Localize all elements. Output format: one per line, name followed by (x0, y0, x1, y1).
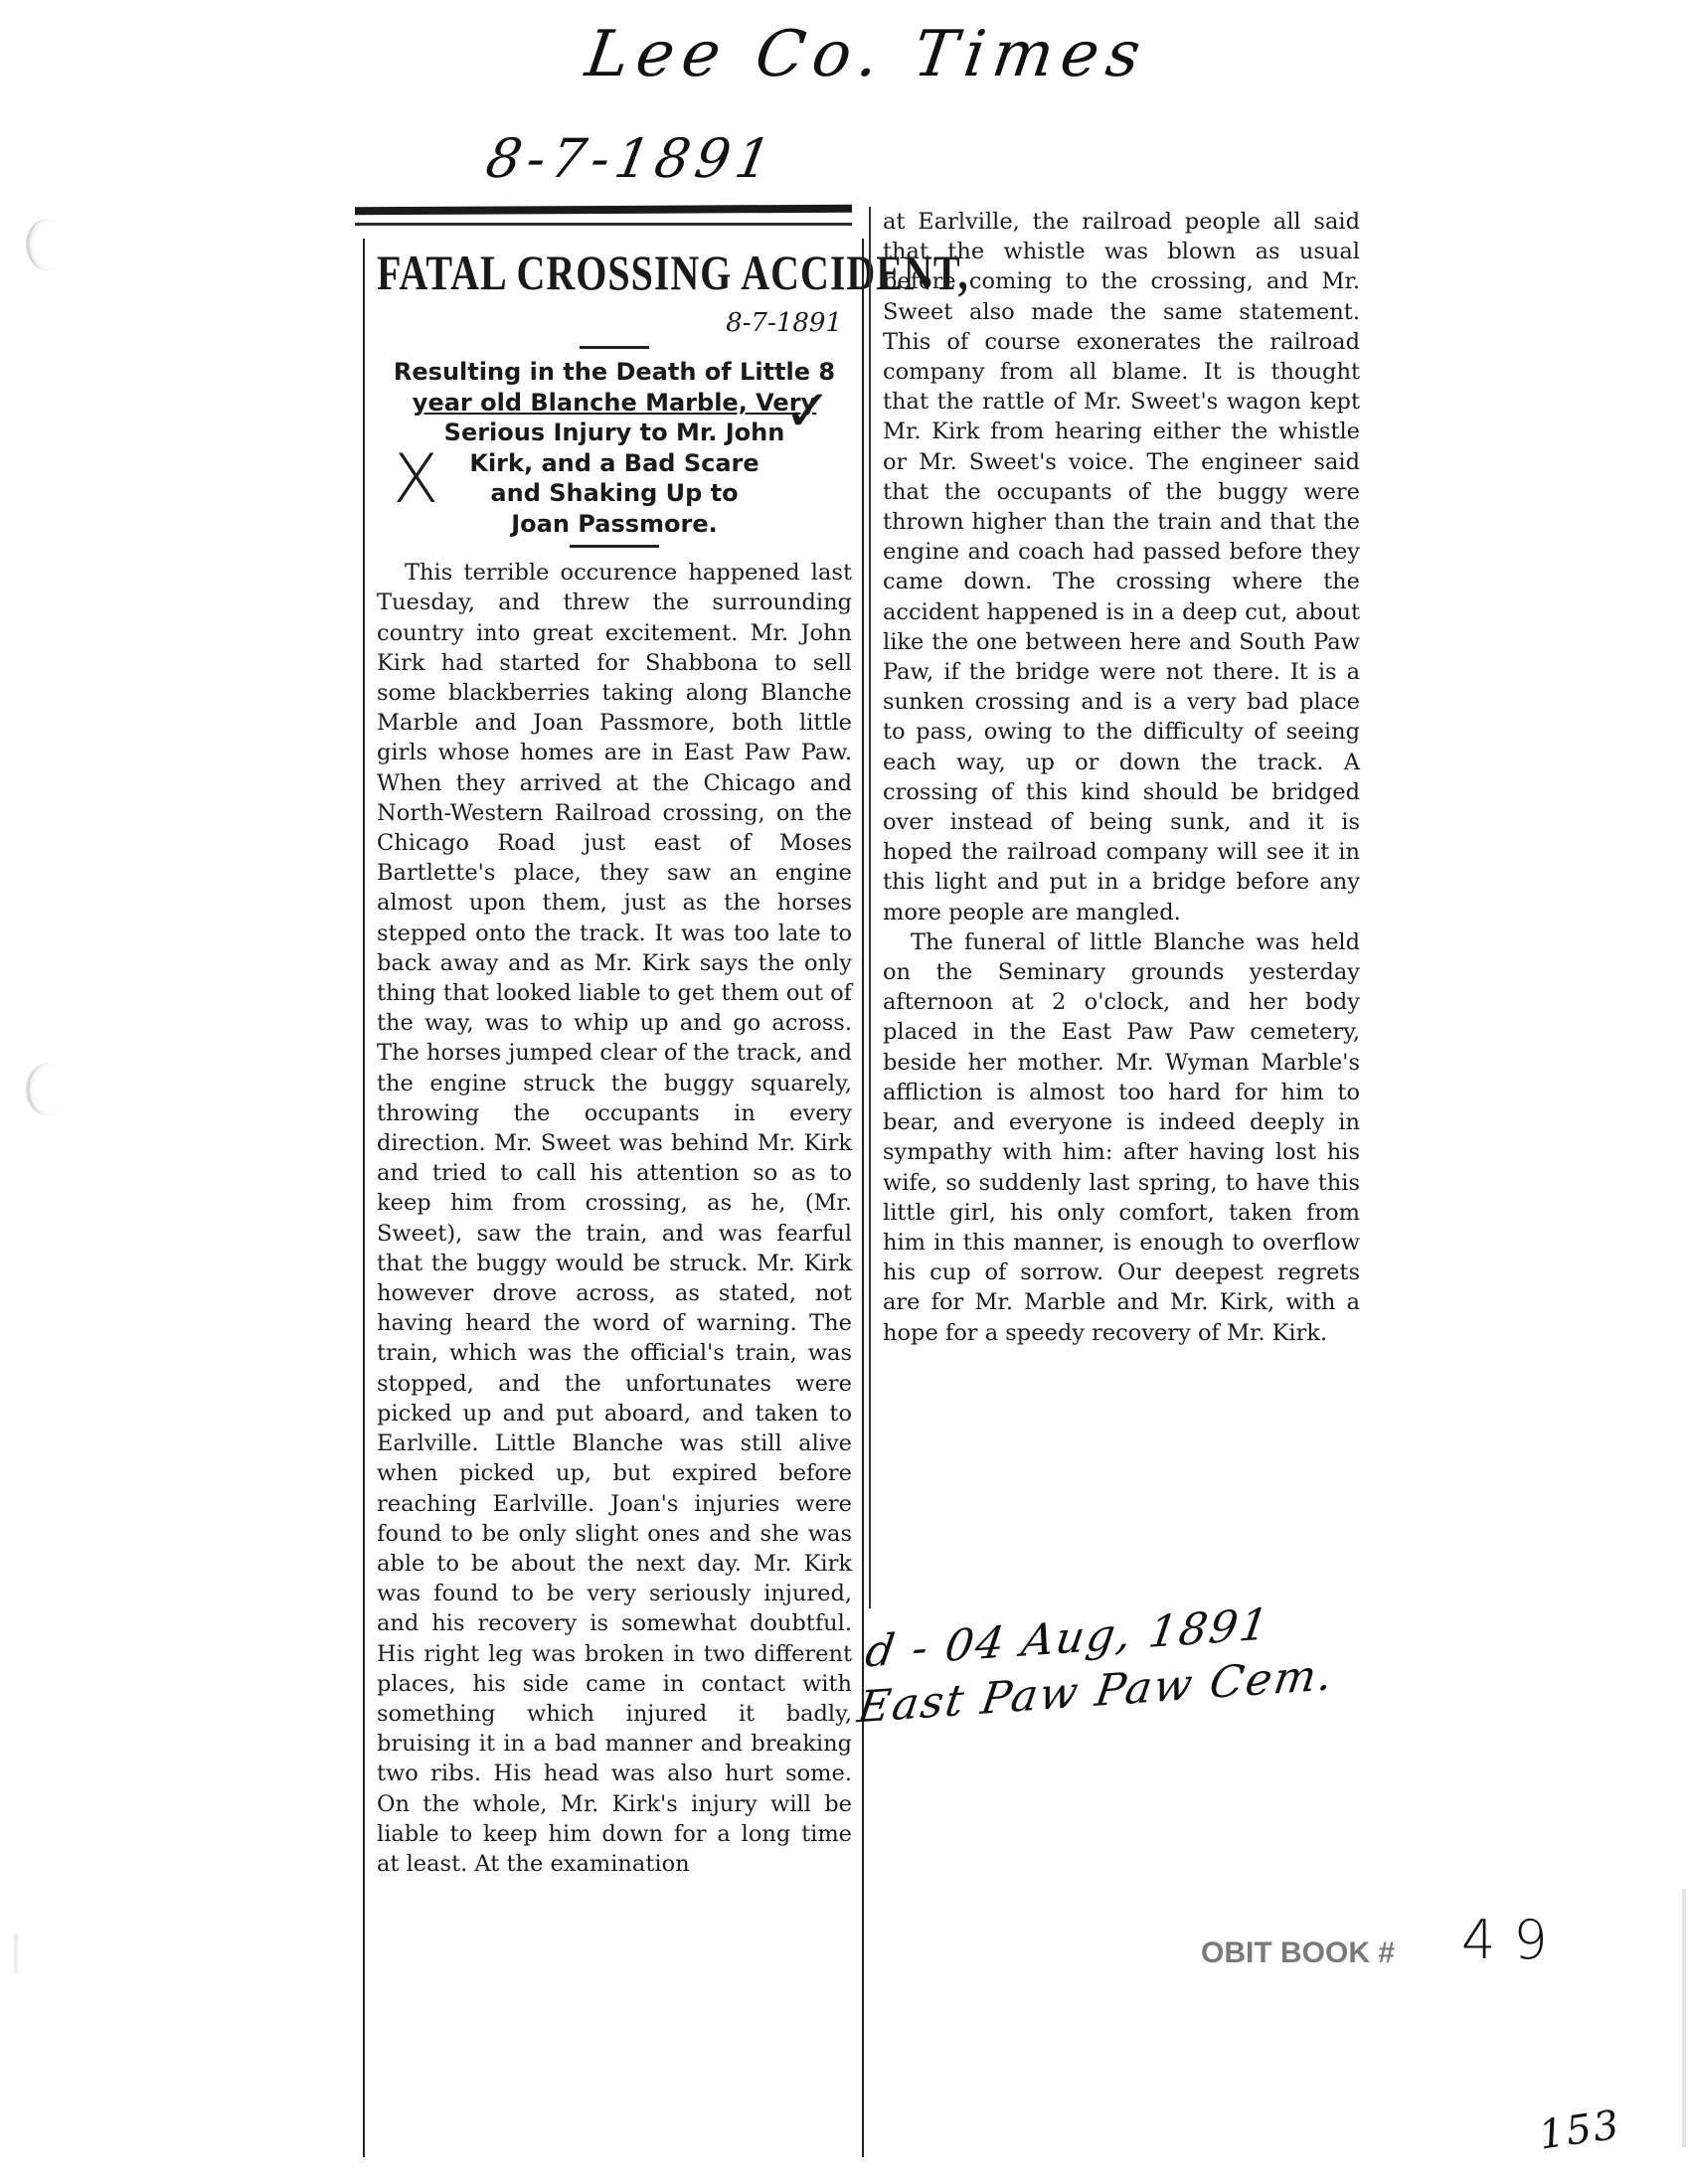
punch-hole-top (26, 219, 70, 270)
header-rule-thick (355, 205, 852, 216)
article-paragraph: This terrible occurence happened last Tu… (377, 558, 852, 1879)
scan-right-edge (1682, 1889, 1686, 2147)
deck-separator (570, 545, 659, 548)
article-headline: FATAL CROSSING ACCIDENT, (377, 245, 852, 302)
clipping-right-column: at Earlville, the railroad people all sa… (869, 207, 1360, 1608)
obit-book-stamp: OBIT BOOK # (1201, 1936, 1395, 1970)
obit-book-number: 49 (1461, 1909, 1566, 1971)
handwritten-date: 8-7-1891 (481, 127, 781, 190)
punch-hole-middle (26, 1064, 70, 1115)
page-number: 153 (1536, 2101, 1623, 2158)
funeral-paragraph: The funeral of little Blanche was held o… (883, 927, 1360, 1348)
handwritten-death-note: d - 04 Aug, 1891 East Paw Paw Cem. (854, 1593, 1346, 1737)
scan-edge-mark (14, 1933, 18, 1973)
clipping-left-column: FATAL CROSSING ACCIDENT, 8-7-1891 Result… (363, 239, 864, 2157)
deck-line: Serious Injury to Mr. John (385, 418, 844, 448)
article-body-left: This terrible occurence happened last Tu… (377, 558, 852, 1879)
handwritten-headline-date: 8-7-1891 (377, 308, 852, 338)
deck-line: Resulting in the Death of Little 8 (385, 357, 844, 388)
headline-separator (580, 346, 649, 349)
header-rule-thin (355, 223, 852, 226)
checkmark-icon: ✓ (783, 396, 832, 425)
x-mark-icon: X (393, 465, 439, 495)
article-body-right: at Earlville, the railroad people all sa… (883, 207, 1360, 1348)
article-deck: Resulting in the Death of Little 8 year … (385, 357, 844, 539)
article-paragraph-continued: at Earlville, the railroad people all sa… (883, 207, 1360, 927)
handwritten-publication-name: Lee Co. Times (582, 18, 1153, 91)
deck-line: Joan Passmore. (385, 509, 844, 540)
deck-line: year old Blanche Marble, Very (385, 388, 844, 419)
deck-line: Kirk, and a Bad Scare (385, 448, 844, 479)
deck-line: and Shaking Up to (385, 478, 844, 509)
